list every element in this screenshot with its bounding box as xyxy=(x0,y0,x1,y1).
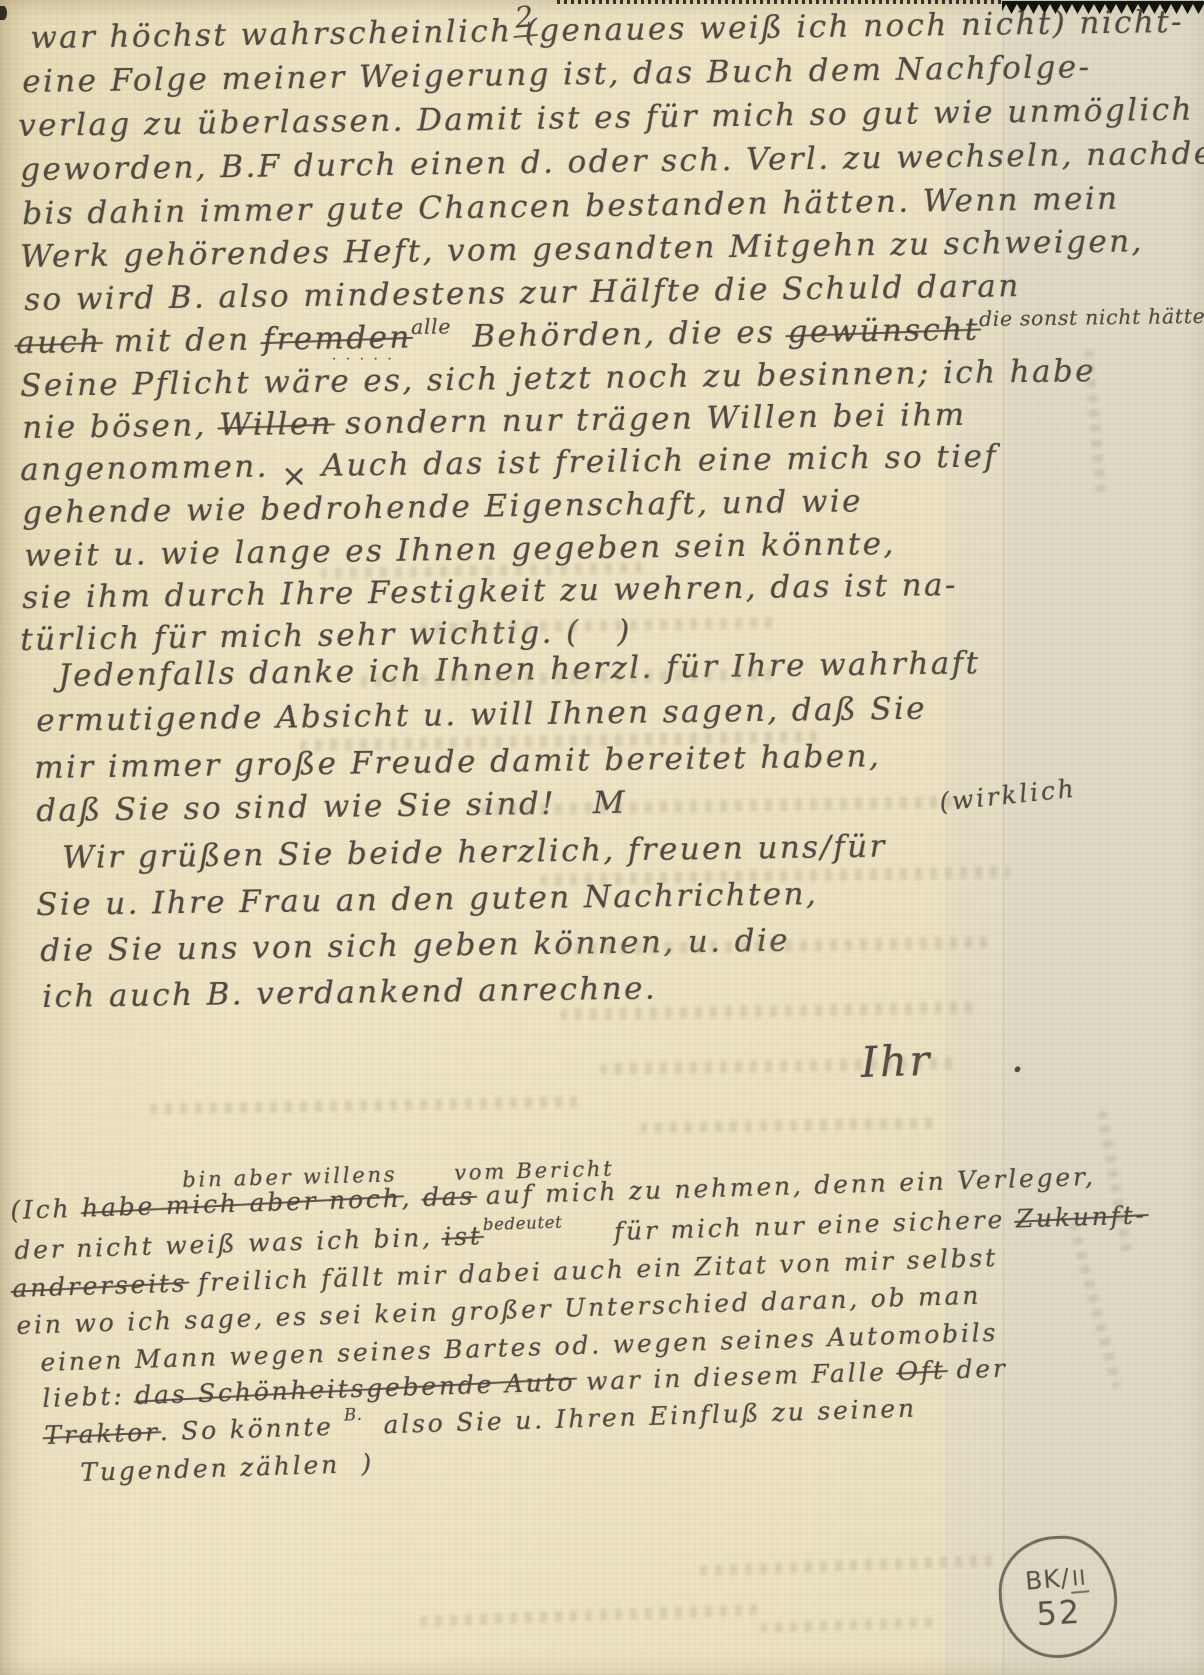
handwritten-text: nie bösen, xyxy=(22,407,219,446)
struck-word: habe mich aber noch xyxy=(82,1184,402,1223)
handwritten-text: Werk gehörendes Heft, vom gesandten Mitg… xyxy=(20,223,1144,275)
handwritten-text: für mich nur eine sichere xyxy=(603,1205,1016,1247)
handwritten-line: Werk gehörendes Heft, vom gesandten Mitg… xyxy=(20,223,1144,275)
handwritten-line: Ihr . xyxy=(860,1032,1027,1087)
struck-word: Willen xyxy=(219,406,333,444)
handwritten-text: (wirklich xyxy=(938,774,1078,817)
handwritten-line: weit u. wie lange es Ihnen gegeben sein … xyxy=(24,526,896,574)
handwritten-line: gehende wie bedrohende Eigenschaft, und … xyxy=(22,483,863,531)
handwritten-line: geworden, B.F durch einen d. oder sch. V… xyxy=(20,135,1204,188)
struck-word: Zukunft- xyxy=(1015,1200,1147,1233)
struck-word: Traktor xyxy=(44,1417,160,1450)
handwritten-line: eine Folge meiner Weigerung ist, das Buc… xyxy=(22,49,1092,100)
handwritten-text: verlag zu überlassen. Damit ist es für m… xyxy=(18,92,1194,144)
bleed-through-stroke xyxy=(640,1117,940,1133)
handwritten-line: bis dahin immer gute Chancen bestanden h… xyxy=(22,181,1120,232)
edge-tear-mark xyxy=(0,6,7,20)
handwritten-line: nie bösen, Willen sondern nur trägen Wil… xyxy=(22,397,967,446)
handwritten-text: Ihr xyxy=(860,1036,933,1087)
handwritten-line: so wird B. also mindestens zur Hälfte di… xyxy=(24,268,1021,318)
interlinear-insertion: bedeutet xyxy=(482,1213,562,1235)
handwritten-line: verlag zu überlassen. Damit ist es für m… xyxy=(18,92,1194,144)
bleed-through-stroke xyxy=(150,1096,580,1115)
struck-word: das xyxy=(423,1181,476,1212)
handwritten-line: ermutigende Absicht u. will Ihnen sagen,… xyxy=(36,691,927,739)
archive-stamp-line2: 52 xyxy=(1036,1595,1082,1629)
struck-word: auch xyxy=(16,324,102,361)
handwritten-text: sie ihm durch Ihre Festigkeit zu wehren,… xyxy=(22,567,958,616)
handwritten-line: Wir grüßen Sie beide herzlich, freuen un… xyxy=(62,828,887,876)
handwritten-line: Sie u. Ihre Frau an den guten Nachrichte… xyxy=(36,876,818,923)
struck-word: gewünscht xyxy=(787,312,979,351)
bleed-through-stroke xyxy=(700,1555,1000,1576)
bleed-through-stroke xyxy=(420,1604,760,1627)
struck-word: das Schönheitsgebende Auto xyxy=(135,1367,576,1410)
handwritten-line: angenommen. × Auch das ist freilich eine… xyxy=(20,438,998,488)
handwritten-text: weit u. wie lange es Ihnen gegeben sein … xyxy=(24,526,896,574)
handwritten-text: mit den xyxy=(101,322,263,360)
handwritten-text: . So könnte xyxy=(159,1412,345,1447)
handwritten-text: . xyxy=(931,1032,1027,1084)
handwritten-text: mir immer große Freude damit bereitet ha… xyxy=(34,738,881,786)
handwritten-line: (wirklich xyxy=(938,774,1078,817)
stamp-prefix: BK/ xyxy=(1024,1562,1071,1595)
interlinear-insertion: B. xyxy=(344,1405,363,1425)
handwritten-text: Tugenden zählen ) xyxy=(80,1449,374,1487)
handwritten-text: angenommen. xyxy=(20,448,281,488)
handwritten-text: (Ich xyxy=(10,1194,83,1225)
handwritten-text: Auch das ist freilich eine mich so tief xyxy=(309,438,998,484)
handwritten-text: die Sie uns von sich geben können, u. di… xyxy=(40,923,790,969)
handwritten-line: Tugenden zählen ) xyxy=(80,1449,374,1487)
manuscript-page: { "document": { "kind": "handwritten let… xyxy=(0,0,1204,1675)
handwritten-line: mir immer große Freude damit bereitet ha… xyxy=(34,738,881,786)
handwritten-text: der nicht weiß was ich bin, xyxy=(14,1223,444,1265)
handwritten-text: eine Folge meiner Weigerung ist, das Buc… xyxy=(22,49,1092,100)
handwritten-text: Wir grüßen Sie beide herzlich, freuen un… xyxy=(62,828,887,876)
handwritten-text: , xyxy=(401,1183,423,1213)
struck-word: ist xyxy=(443,1221,483,1251)
archive-stamp-line1: BK/II xyxy=(1024,1563,1089,1593)
handwritten-text: geworden, B.F durch einen d. oder sch. V… xyxy=(20,135,1204,188)
archive-stamp: BK/II 52 xyxy=(996,1533,1120,1661)
handwritten-text: also Sie u. Ihren Einfluß zu seinen xyxy=(372,1394,917,1440)
handwritten-text: ermutigende Absicht u. will Ihnen sagen,… xyxy=(36,691,927,739)
interlinear-insertion: die sonst nicht hätte xyxy=(979,305,1204,332)
handwritten-text: war in diesem Falle xyxy=(575,1357,898,1396)
handwritten-text: war höchst wahrscheinlich (genaues weiß … xyxy=(30,4,1184,56)
handwritten-text: Sie u. Ihre Frau an den guten Nachrichte… xyxy=(36,876,818,923)
handwritten-text: der xyxy=(945,1354,1008,1385)
handwritten-text: bis dahin immer gute Chancen bestanden h… xyxy=(22,181,1120,232)
bleed-through-stroke xyxy=(760,1617,940,1633)
struck-word: Oft xyxy=(897,1356,946,1386)
handwritten-text: liebt: xyxy=(42,1381,136,1413)
handwritten-line: daß Sie so sind wie Sie sind! M xyxy=(36,785,627,829)
handwritten-line: war höchst wahrscheinlich (genaues weiß … xyxy=(30,4,1184,56)
stamp-numeral: II xyxy=(1069,1565,1090,1594)
handwritten-text: so wird B. also mindestens zur Hälfte di… xyxy=(24,268,1021,318)
handwritten-line: ich auch B. verdankend anrechne. xyxy=(42,970,657,1015)
handwritten-line: die Sie uns von sich geben können, u. di… xyxy=(40,923,790,969)
bleed-through-stroke xyxy=(1068,1222,1122,1389)
bleed-through-stroke xyxy=(1097,1110,1133,1259)
handwritten-text: daß Sie so sind wie Sie sind! M xyxy=(36,785,627,829)
perforation-dots-edge xyxy=(557,0,1005,4)
handwritten-text: sondern nur trägen Willen bei ihm xyxy=(333,397,967,442)
handwritten-text: Behörden, die es xyxy=(472,314,788,354)
handwritten-line: sie ihm durch Ihre Festigkeit zu wehren,… xyxy=(22,567,958,616)
handwritten-text: ich auch B. verdankend anrechne. xyxy=(42,970,657,1015)
handwritten-text: gehende wie bedrohende Eigenschaft, und … xyxy=(22,483,863,531)
handwritten-text: × xyxy=(281,458,310,494)
struck-word: andrerseits xyxy=(12,1269,188,1303)
interlinear-insertion: alle xyxy=(411,315,451,339)
